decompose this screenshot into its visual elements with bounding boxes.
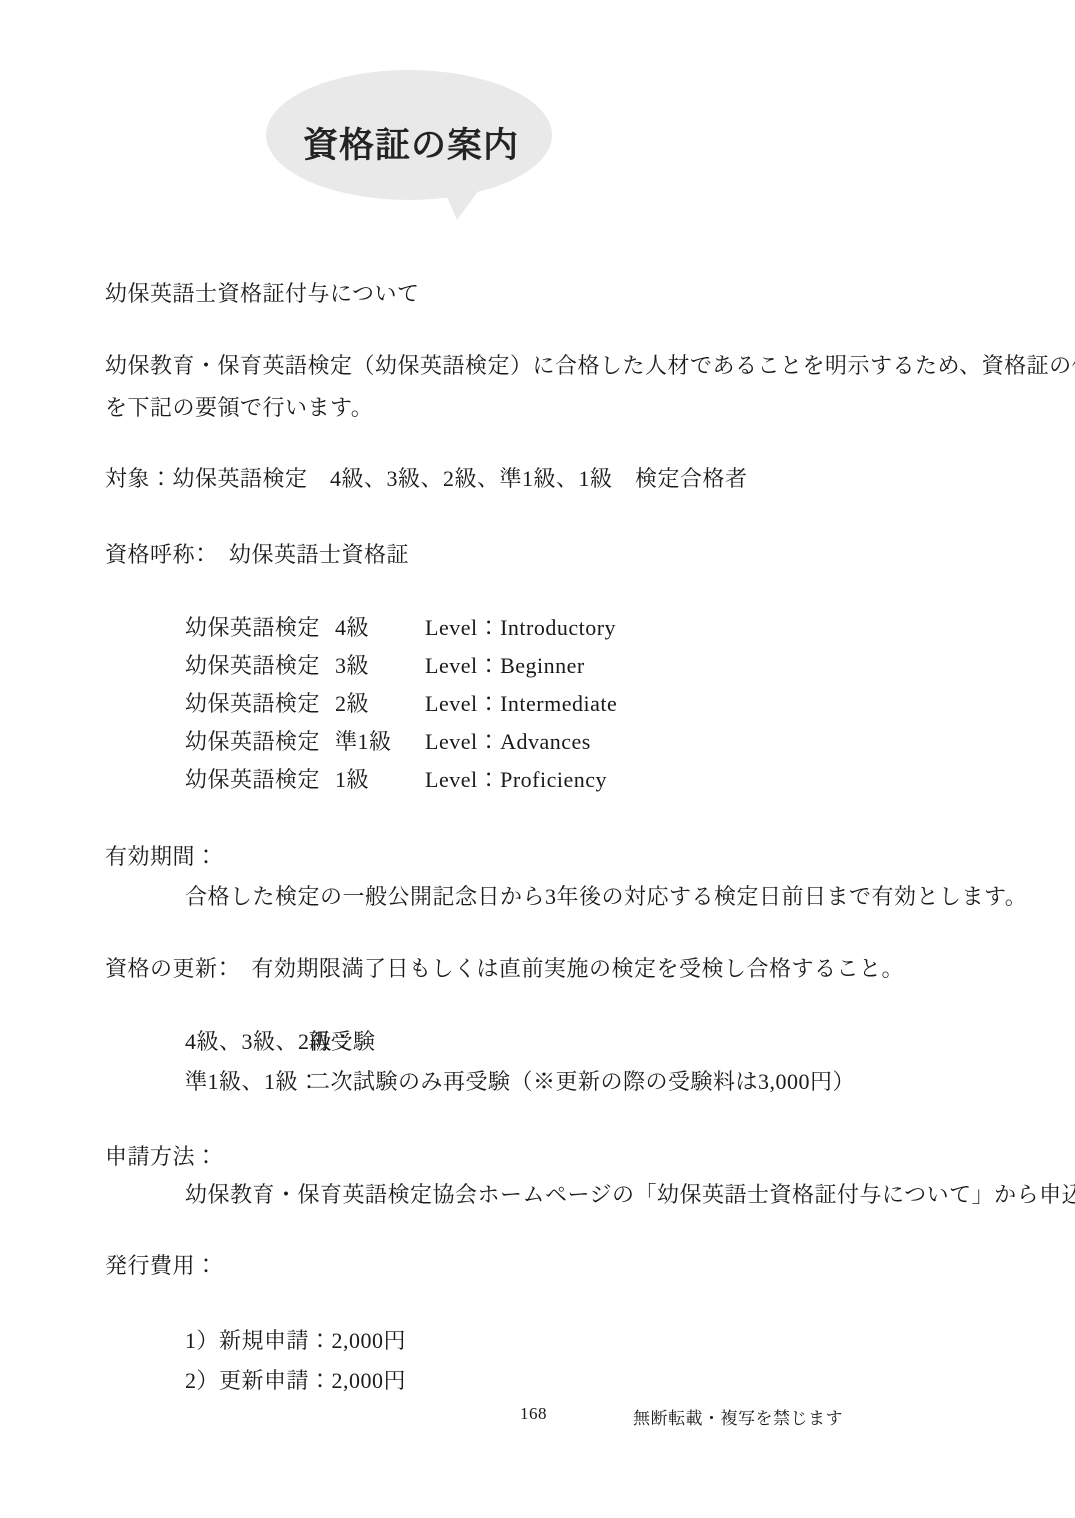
level-name: Level：Intermediate bbox=[425, 690, 617, 719]
target-line: 対象：幼保英語検定 4級、3級、2級、準1級、1級 検定合格者 bbox=[105, 465, 748, 494]
issuance-fee-heading: 発行費用： bbox=[105, 1252, 218, 1281]
level-grade: 1級 bbox=[335, 766, 425, 795]
level-row: 幼保英語検定 4級 Level：Introductory bbox=[185, 614, 616, 643]
qualification-name-line: 資格呼称： 幼保英語士資格証 bbox=[105, 541, 409, 570]
application-heading: 申請方法： bbox=[105, 1143, 218, 1172]
intro-heading: 幼保英語士資格証付与について bbox=[105, 280, 420, 309]
level-name: Level：Advances bbox=[425, 728, 591, 757]
level-exam: 幼保英語検定 bbox=[185, 614, 335, 643]
renewal-heading: 資格の更新： 有効期限満了日もしくは直前実施の検定を受検し合格すること。 bbox=[105, 955, 904, 984]
title-speech-bubble: 資格証の案内 bbox=[263, 68, 559, 236]
level-grade: 準1級 bbox=[335, 728, 425, 757]
renewal-grades: 4級、3級、2級： bbox=[185, 1028, 308, 1057]
renewal-grades: 準1級、1級： bbox=[185, 1068, 308, 1097]
renewal-row: 4級、3級、2級： 再受験 bbox=[185, 1028, 376, 1057]
page-number: 168 bbox=[520, 1404, 547, 1424]
level-row: 幼保英語検定 1級 Level：Proficiency bbox=[185, 766, 607, 795]
document-page: 資格証の案内 幼保英語士資格証付与について 幼保教育・保育英語検定（幼保英語検定… bbox=[0, 0, 1075, 1518]
level-grade: 4級 bbox=[335, 614, 425, 643]
renewal-method: 二次試験のみ再受験（※更新の際の受験料は3,000円） bbox=[308, 1068, 855, 1097]
copyright-notice: 無断転載・複写を禁じます bbox=[633, 1404, 843, 1429]
level-grade: 3級 bbox=[335, 652, 425, 681]
level-name: Level：Beginner bbox=[425, 652, 585, 681]
page-title: 資格証の案内 bbox=[263, 118, 559, 168]
renewal-method: 再受験 bbox=[308, 1028, 376, 1057]
level-grade: 2級 bbox=[335, 690, 425, 719]
validity-body: 合格した検定の一般公開記念日から3年後の対応する検定日前日まで有効とします。 bbox=[185, 883, 1027, 912]
validity-heading: 有効期間： bbox=[105, 843, 218, 872]
level-exam: 幼保英語検定 bbox=[185, 766, 335, 795]
intro-body-line1: 幼保教育・保育英語検定（幼保英語検定）に合格した人材であることを明示するため、資… bbox=[105, 352, 1075, 381]
level-exam: 幼保英語検定 bbox=[185, 652, 335, 681]
level-name: Level：Proficiency bbox=[425, 766, 607, 795]
intro-body-line2: を下記の要領で行います。 bbox=[105, 394, 373, 423]
level-exam: 幼保英語検定 bbox=[185, 690, 335, 719]
issuance-fee-item-new: 1）新規申請：2,000円 bbox=[185, 1327, 406, 1356]
issuance-fee-item-renew: 2）更新申請：2,000円 bbox=[185, 1367, 406, 1396]
level-exam: 幼保英語検定 bbox=[185, 728, 335, 757]
renewal-row: 準1級、1級： 二次試験のみ再受験（※更新の際の受験料は3,000円） bbox=[185, 1068, 855, 1097]
level-row: 幼保英語検定 3級 Level：Beginner bbox=[185, 652, 585, 681]
level-row: 幼保英語検定 2級 Level：Intermediate bbox=[185, 690, 617, 719]
level-name: Level：Introductory bbox=[425, 614, 616, 643]
application-body: 幼保教育・保育英語検定協会ホームページの「幼保英語士資格証付与について」から申込 bbox=[185, 1181, 1075, 1210]
level-row: 幼保英語検定 準1級 Level：Advances bbox=[185, 728, 591, 757]
